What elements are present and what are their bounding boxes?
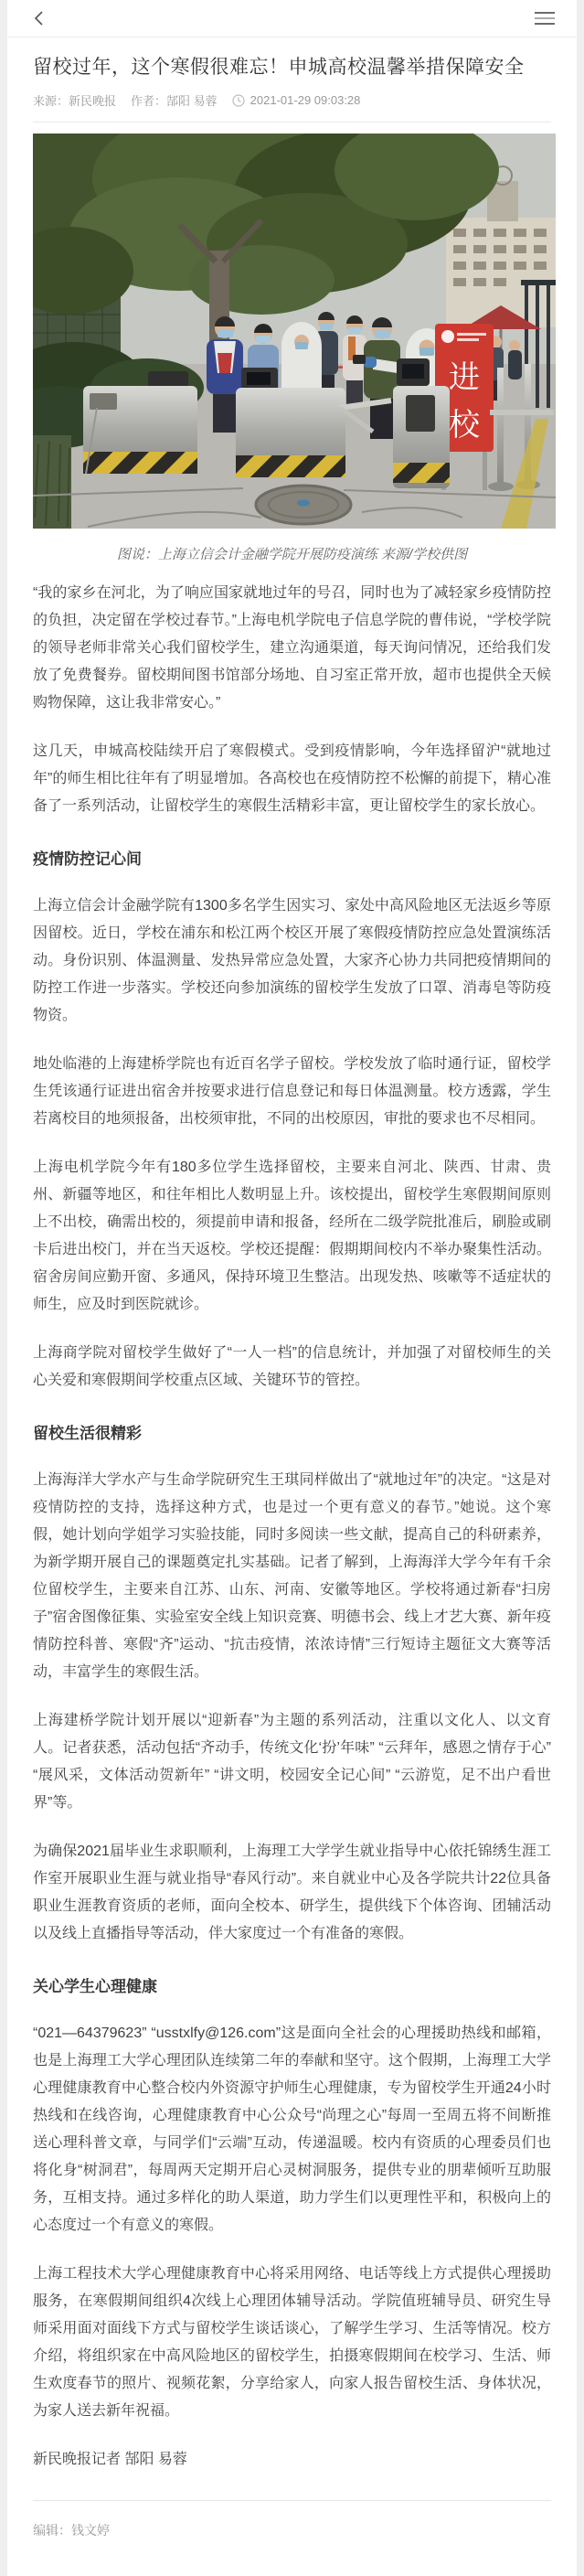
paragraph: 上海海洋大学水产与生命学院研究生王琪同样做出了“就地过年”的决定。“这是对疫情防… (33, 1467, 551, 1686)
paragraph: 上海工程技术大学心理健康教育中心将采用网络、电话等线上方式提供心理援助服务，在寒… (33, 2261, 551, 2425)
author-line: 作者：郜阳 易蓉 (131, 91, 218, 109)
source-value: 新民晚报 (69, 94, 116, 108)
paragraph: 地处临港的上海建桥学院也有近百名学子留校。学校发放了临时通行证，留校学生凭该通行… (33, 1051, 551, 1133)
editor-label: 编辑： (33, 2523, 71, 2538)
menu-bar (535, 23, 555, 25)
editor-name: 钱文婷 (71, 2523, 110, 2538)
article-photo-illustration: 进 校 (33, 134, 556, 529)
paragraph: 为确保2021届毕业生求职顺利，上海理工大学学生就业指导中心依托锦绣生涯工作室开… (33, 1838, 551, 1948)
page-title: 留校过年，这个寒假很难忘！申城高校温馨举措保障安全 (33, 54, 551, 81)
editor-line: 编辑：钱文婷 (33, 2521, 551, 2539)
paragraph: 上海电机学院今年有180多位学生选择留校，主要来自河北、陕西、甘肃、贵州、新疆等… (33, 1154, 551, 1319)
article-footer: 编辑：钱文婷 (7, 2495, 577, 2576)
paragraph: 这几天，申城高校陆续开启了寒假模式。受到疫情影响，今年选择留沪“就地过年”的师生… (33, 738, 551, 820)
article-body: “我的家乡在河北，为了响应国家就地过年的号召，同时也为了减轻家乡疫情防控的负担，… (7, 569, 577, 2474)
menu-bar (535, 12, 555, 14)
menu-bar (535, 17, 555, 19)
banner-char-1: 进 (449, 360, 480, 395)
section-heading: 留校生活很精彩 (33, 1420, 551, 1448)
source-line: 来源：新民晚报 (33, 91, 116, 109)
article-header: 留校过年，这个寒假很难忘！申城高校温馨举措保障安全 来源：新民晚报 作者：郜阳 … (7, 37, 577, 123)
paragraph: 上海建桥学院计划开展以“迎新春”为主题的系列活动，注重以文化人、以文育人。记者获… (33, 1707, 551, 1817)
source-label: 来源： (33, 94, 69, 108)
reporter-byline: 新民晚报记者 郜阳 易蓉 (33, 2446, 551, 2474)
clock-icon (232, 94, 245, 107)
banner-char-2: 校 (449, 408, 481, 443)
paragraph: “021—64379623” “usstxlfy@126.com”这是面向全社会… (33, 2020, 551, 2239)
author-label: 作者： (131, 94, 166, 108)
section-heading: 关心学生心理健康 (33, 1973, 551, 2001)
photo-caption: 图说：上海立信会计金融学院开展防疫演练 来源/学校供图 (33, 544, 551, 563)
photo-container: 进 校 (7, 123, 577, 529)
paragraph: 上海商学院对留校学生做好了“一人一档”的信息统计，并加强了对留校师生的关心关爱和… (33, 1340, 551, 1395)
back-icon[interactable] (31, 10, 48, 27)
author-value: 郜阳 易蓉 (166, 94, 218, 108)
menu-icon[interactable] (535, 8, 555, 28)
timestamp: 2021-01-29 09:03:28 (250, 93, 361, 107)
article-meta: 来源：新民晚报 作者：郜阳 易蓉 2021-01-29 09:03:28 (33, 91, 551, 122)
section-heading: 疫情防控记心间 (33, 846, 551, 873)
paragraph: “我的家乡在河北，为了响应国家就地过年的号召，同时也为了减轻家乡疫情防控的负担，… (33, 580, 551, 717)
article-card: 留校过年，这个寒假很难忘！申城高校温馨举措保障安全 来源：新民晚报 作者：郜阳 … (7, 0, 577, 2576)
top-nav-bar (7, 0, 577, 37)
paragraph: 上海立信会计金融学院有1300多名学生因实习、家处中高风险地区无法返乡等原因留校… (33, 893, 551, 1030)
footer-divider (33, 2500, 551, 2501)
